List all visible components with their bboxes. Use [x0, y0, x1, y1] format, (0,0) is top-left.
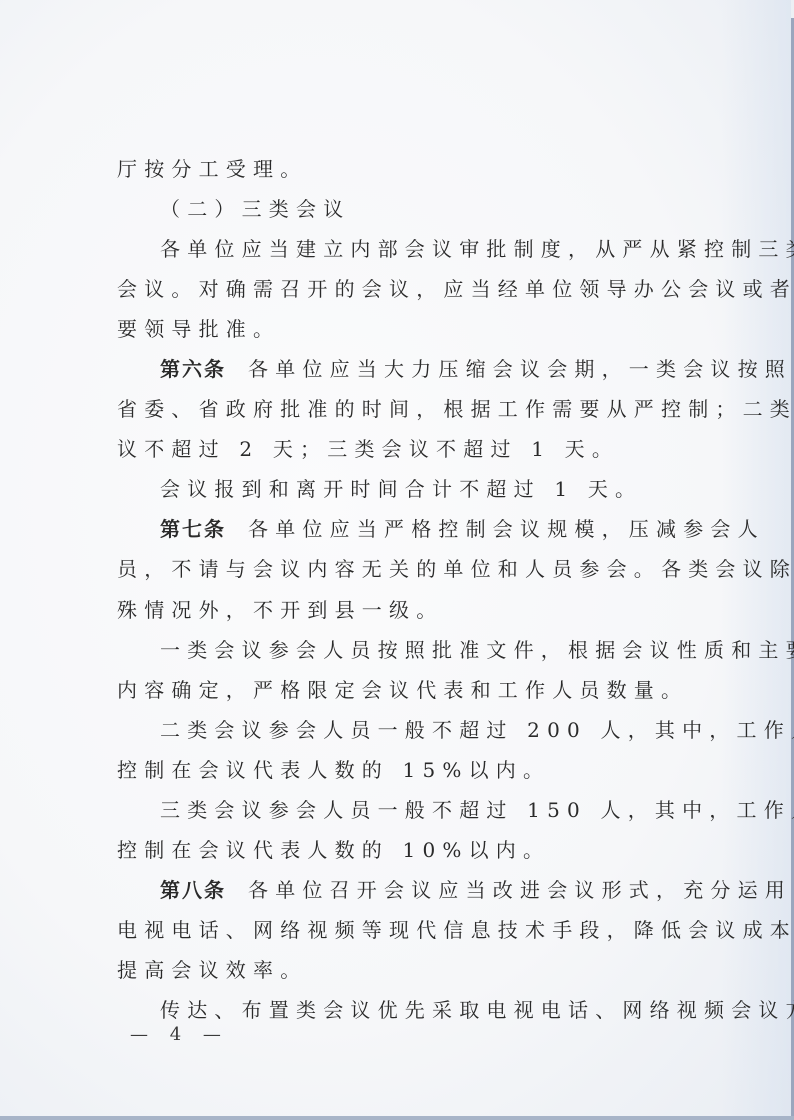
body-line: 一类会议参会人员按照批准文件，根据会议性质和主要 — [160, 638, 794, 662]
body-line: 会议。对确需召开的会议，应当经单位领导办公会议或者主 — [117, 277, 794, 301]
scanned-page: 厅按分工受理。 （二）三类会议 各单位应当建立内部会议审批制度，从严从紧控制三类… — [0, 0, 794, 1120]
body-line: 厅按分工受理。 — [117, 157, 307, 181]
body-line: 会议报到和离开时间合计不超过 1 天。 — [160, 477, 642, 501]
body-line: 议不超过 2 天；三类会议不超过 1 天。 — [117, 437, 619, 461]
section-heading: （二）三类会议 — [160, 197, 350, 221]
body-line: 电视电话、网络视频等现代信息技术手段，降低会议成本， — [117, 918, 794, 942]
body-line: 省委、省政府批准的时间，根据工作需要从严控制；二类会 — [117, 397, 794, 421]
body-line: 各单位应当建立内部会议审批制度，从严从紧控制三类 — [160, 237, 794, 261]
body-line: 内容确定，严格限定会议代表和工作人员数量。 — [117, 678, 688, 702]
article-eight: 第八条各单位召开会议应当改进会议形式，充分运用 — [160, 878, 792, 902]
body-line: 三类会议参会人员一般不超过 150 人，其中，工作人员 — [160, 798, 794, 822]
body-line: 二类会议参会人员一般不超过 200 人，其中，工作人员 — [160, 718, 794, 742]
body-line: 殊情况外，不开到县一级。 — [117, 598, 443, 622]
article-heading: 第六条 — [160, 357, 226, 381]
body-line: 员，不请与会议内容无关的单位和人员参会。各类会议除特 — [117, 557, 794, 581]
article-text: 各单位应当大力压缩会议会期，一类会议按照 — [248, 357, 792, 381]
body-line: 传达、布置类会议优先采取电视电话、网络视频会议方 — [160, 998, 794, 1022]
article-text: 各单位应当严格控制会议规模，压减参会人 — [248, 517, 765, 541]
body-line: 提高会议效率。 — [117, 958, 307, 982]
body-line: 要领导批准。 — [117, 317, 280, 341]
article-six: 第六条各单位应当大力压缩会议会期，一类会议按照 — [160, 357, 792, 381]
body-line: 控制在会议代表人数的 15%以内。 — [117, 758, 550, 782]
article-seven: 第七条各单位应当严格控制会议规模，压减参会人 — [160, 517, 765, 541]
scan-edge-bottom — [0, 1116, 794, 1120]
article-heading: 第七条 — [160, 517, 226, 541]
article-text: 各单位召开会议应当改进会议形式，充分运用 — [248, 878, 792, 902]
body-line: 控制在会议代表人数的 10%以内。 — [117, 838, 550, 862]
page-number: — 4 — — [130, 1024, 229, 1045]
article-heading: 第八条 — [160, 878, 226, 902]
